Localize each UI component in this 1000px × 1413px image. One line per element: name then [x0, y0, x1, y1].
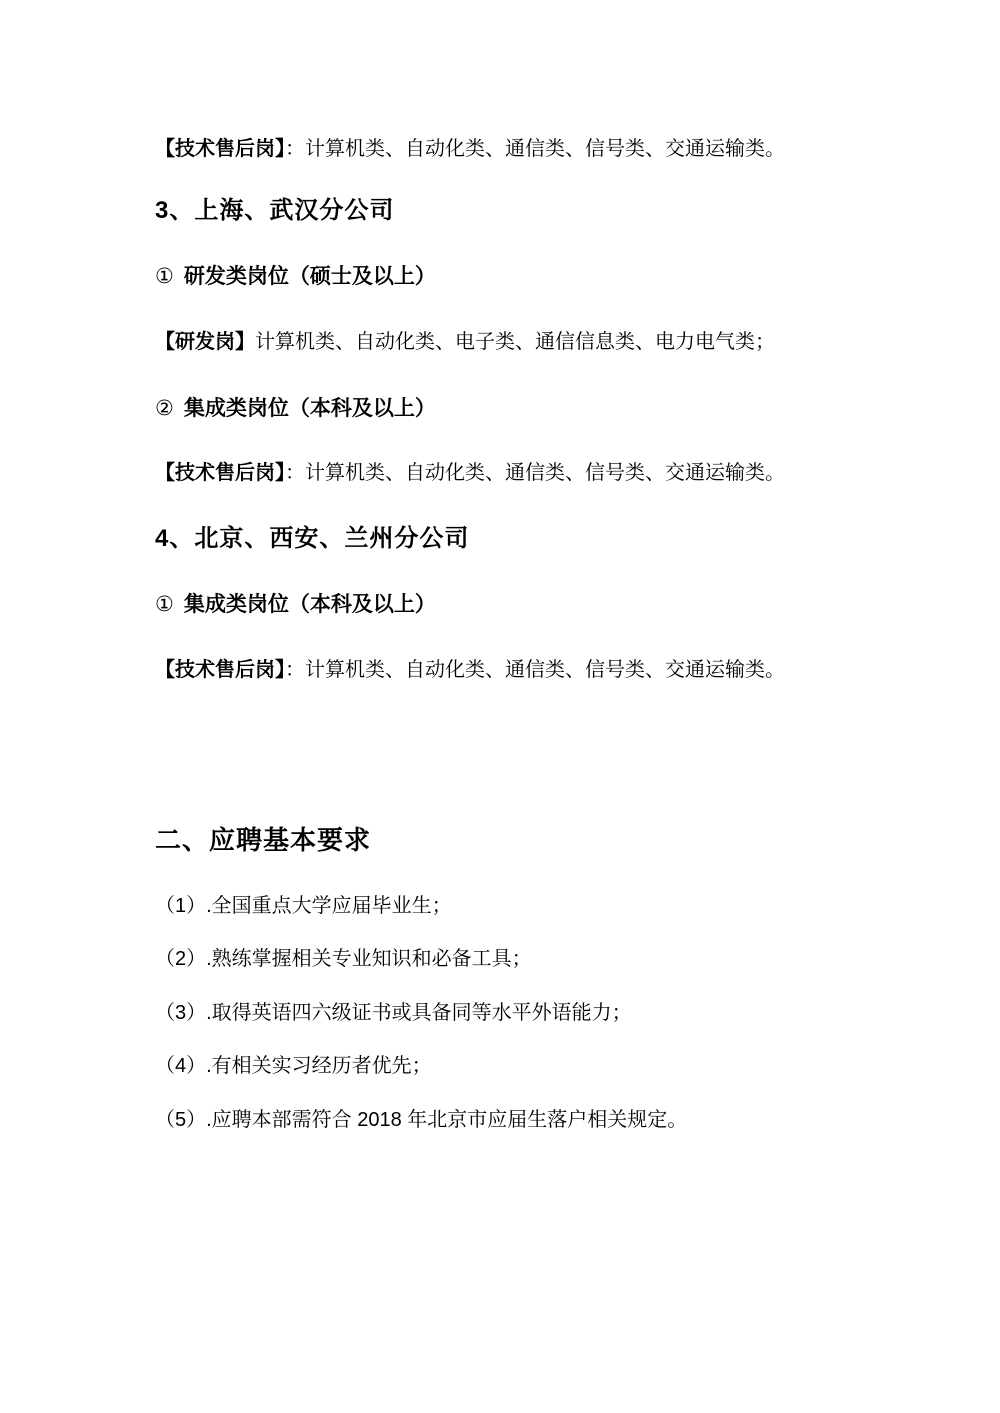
job-role-label: 【技术售后岗】 — [155, 138, 285, 160]
branch-heading: 4、北京、西安、兰州分公司 — [155, 524, 469, 554]
requirement-item: （4）.有相关实习经历者优先； — [155, 1054, 432, 1079]
position-subheading-text: 集成类岗位（本科及以上） — [184, 397, 436, 420]
requirement-item: （5）.应聘本部需符合 2018 年北京市应届生落户相关规定。 — [155, 1108, 687, 1133]
requirement-item: （2）.熟练掌握相关专业知识和必备工具； — [155, 947, 532, 972]
requirement-item: （3）.取得英语四六级证书或具备同等水平外语能力； — [155, 1001, 632, 1026]
section-heading: 二、应聘基本要求 — [155, 824, 371, 857]
position-subheading: ②集成类岗位（本科及以上） — [155, 396, 436, 422]
circled-number-icon: ① — [155, 592, 174, 618]
job-role-majors: 计算机类、自动化类、电子类、通信信息类、电力电气类； — [255, 331, 775, 353]
job-role-label: 【研发岗】 — [155, 331, 255, 353]
job-category-line: 【技术售后岗】：计算机类、自动化类、通信类、信号类、交通运输类。 — [155, 461, 785, 486]
circled-number-icon: ① — [155, 264, 174, 290]
job-role-label: 【技术售后岗】 — [155, 462, 285, 484]
job-role-majors: ：计算机类、自动化类、通信类、信号类、交通运输类。 — [285, 659, 785, 681]
job-category-line: 【技术售后岗】：计算机类、自动化类、通信类、信号类、交通运输类。 — [155, 658, 785, 683]
position-subheading-text: 研发类岗位（硕士及以上） — [184, 265, 436, 288]
job-role-majors: ：计算机类、自动化类、通信类、信号类、交通运输类。 — [285, 462, 785, 484]
document-page: 【技术售后岗】：计算机类、自动化类、通信类、信号类、交通运输类。 3、上海、武汉… — [0, 0, 1000, 1413]
job-category-line: 【技术售后岗】：计算机类、自动化类、通信类、信号类、交通运输类。 — [155, 137, 785, 162]
job-role-majors: ：计算机类、自动化类、通信类、信号类、交通运输类。 — [285, 138, 785, 160]
job-category-line: 【研发岗】计算机类、自动化类、电子类、通信信息类、电力电气类； — [155, 330, 775, 355]
job-role-label: 【技术售后岗】 — [155, 659, 285, 681]
position-subheading: ①研发类岗位（硕士及以上） — [155, 264, 436, 290]
position-subheading-text: 集成类岗位（本科及以上） — [184, 593, 436, 616]
branch-heading: 3、上海、武汉分公司 — [155, 196, 394, 226]
circled-number-icon: ② — [155, 396, 174, 422]
position-subheading: ①集成类岗位（本科及以上） — [155, 592, 436, 618]
requirement-item: （1）.全国重点大学应届毕业生； — [155, 894, 452, 919]
